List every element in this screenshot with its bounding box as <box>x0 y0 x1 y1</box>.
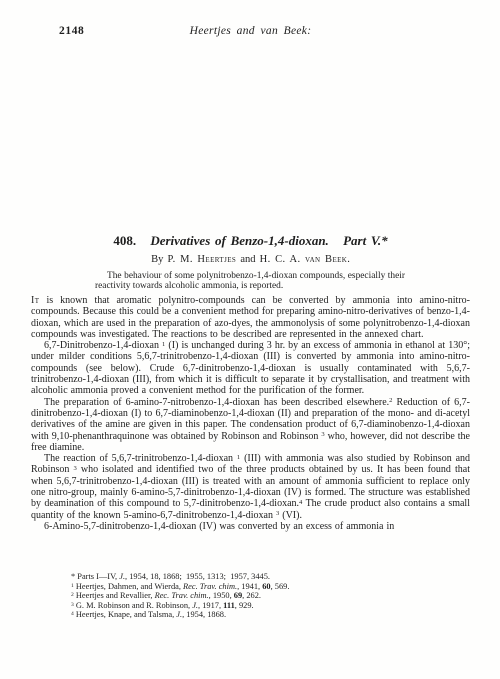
running-head: Heertjes and van Beek: <box>31 25 470 37</box>
footnote-2: 2 Heertjes and Revallier, Rec. Trav. chi… <box>71 591 475 601</box>
body-paragraph-3: The preparation of 6-amino-7-nitrobenzo-… <box>31 397 470 453</box>
article-title: 408. Derivatives of Benzo-1,4-dioxan. Pa… <box>31 233 470 249</box>
footnote-4: 4 Heertjes, Knape, and Talsma, J., 1954,… <box>71 610 475 620</box>
footnote-3: 3 G. M. Robinson and R. Robinson, J., 19… <box>71 601 475 611</box>
journal-page: 2148 Heertjes and van Beek: 408. Derivat… <box>0 0 500 679</box>
body-paragraph-2: 6,7-Dinitrobenzo-1,4-dioxan 1 (I) is unc… <box>31 340 470 396</box>
byline: By P. M. Heertjes and H. C. A. van Beek. <box>31 254 470 265</box>
body-paragraph-1: It is known that aromatic polynitro-comp… <box>31 295 470 340</box>
body-paragraph-4: The reaction of 5,6,7-trinitrobenzo-1,4-… <box>31 453 470 521</box>
article-body: It is known that aromatic polynitro-comp… <box>31 295 470 532</box>
footnote-1: 1 Heertjes, Dahmen, and Wierda, Rec. Tra… <box>71 582 475 592</box>
footnotes: * Parts I—IV, J., 1954, 18, 1868; 1955, … <box>71 572 475 620</box>
abstract: The behaviour of some polynitrobenzo-1,4… <box>95 271 405 292</box>
body-paragraph-5: 6-Amino-5,7-dinitrobenzo-1,4-dioxan (IV)… <box>31 521 470 532</box>
footnote-star: * Parts I—IV, J., 1954, 18, 1868; 1955, … <box>71 572 475 582</box>
